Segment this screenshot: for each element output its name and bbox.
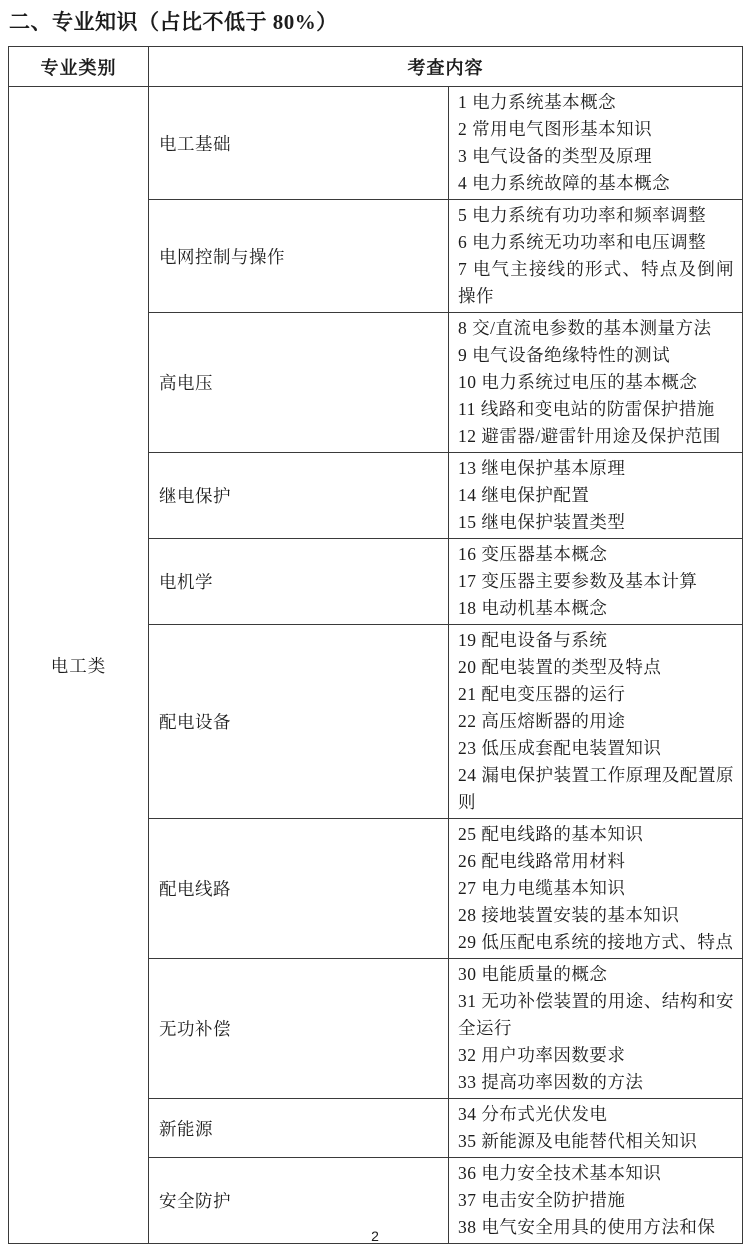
topic-cell: 高电压 xyxy=(149,313,449,453)
exam-item: 24 漏电保护装置工作原理及配置原则 xyxy=(458,762,734,816)
items-cell: 13 继电保护基本原理14 继电保护配置15 继电保护装置类型 xyxy=(449,453,743,539)
exam-item: 16 变压器基本概念 xyxy=(458,541,734,568)
exam-item: 8 交/直流电参数的基本测量方法 xyxy=(458,315,734,342)
exam-item: 30 电能质量的概念 xyxy=(458,961,734,988)
topic-cell: 继电保护 xyxy=(149,453,449,539)
items-cell: 16 变压器基本概念17 变压器主要参数及基本计算18 电动机基本概念 xyxy=(449,539,743,625)
topic-cell: 无功补偿 xyxy=(149,959,449,1099)
topic-cell: 电网控制与操作 xyxy=(149,200,449,313)
exam-item: 3 电气设备的类型及原理 xyxy=(458,143,734,170)
exam-item: 28 接地装置安装的基本知识 xyxy=(458,902,734,929)
exam-item: 21 配电变压器的运行 xyxy=(458,681,734,708)
exam-item: 15 继电保护装置类型 xyxy=(458,509,734,536)
topic-cell: 电工基础 xyxy=(149,87,449,200)
exam-item: 35 新能源及电能替代相关知识 xyxy=(458,1128,734,1155)
exam-item: 31 无功补偿装置的用途、结构和安全运行 xyxy=(458,988,734,1042)
exam-item: 9 电气设备绝缘特性的测试 xyxy=(458,342,734,369)
topic-cell: 新能源 xyxy=(149,1099,449,1158)
header-category-column: 专业类别 xyxy=(9,47,149,87)
exam-item: 36 电力安全技术基本知识 xyxy=(458,1160,734,1187)
topic-cell: 电机学 xyxy=(149,539,449,625)
exam-content-table: 专业类别 考查内容 电工类电工基础1 电力系统基本概念2 常用电气图形基本知识3… xyxy=(8,46,743,1244)
exam-item: 10 电力系统过电压的基本概念 xyxy=(458,369,734,396)
exam-item: 6 电力系统无功功率和电压调整 xyxy=(458,229,734,256)
exam-item: 17 变压器主要参数及基本计算 xyxy=(458,568,734,595)
exam-item: 2 常用电气图形基本知识 xyxy=(458,116,734,143)
items-cell: 1 电力系统基本概念2 常用电气图形基本知识3 电气设备的类型及原理4 电力系统… xyxy=(449,87,743,200)
items-cell: 34 分布式光伏发电35 新能源及电能替代相关知识 xyxy=(449,1099,743,1158)
exam-item: 27 电力电缆基本知识 xyxy=(458,875,734,902)
items-cell: 5 电力系统有功功率和频率调整6 电力系统无功功率和电压调整7 电气主接线的形式… xyxy=(449,200,743,313)
exam-item: 5 电力系统有功功率和频率调整 xyxy=(458,202,734,229)
exam-item: 11 线路和变电站的防雷保护措施 xyxy=(458,396,734,423)
exam-item: 29 低压配电系统的接地方式、特点 xyxy=(458,929,734,956)
exam-item: 7 电气主接线的形式、特点及倒闸操作 xyxy=(458,256,734,310)
exam-item: 19 配电设备与系统 xyxy=(458,627,734,654)
exam-item: 32 用户功率因数要求 xyxy=(458,1042,734,1069)
exam-item: 1 电力系统基本概念 xyxy=(458,89,734,116)
topic-cell: 配电线路 xyxy=(149,819,449,959)
page-number: 2 xyxy=(0,1228,750,1244)
header-content-column: 考查内容 xyxy=(149,47,743,87)
items-cell: 25 配电线路的基本知识26 配电线路常用材料27 电力电缆基本知识28 接地装… xyxy=(449,819,743,959)
exam-item: 34 分布式光伏发电 xyxy=(458,1101,734,1128)
items-cell: 8 交/直流电参数的基本测量方法9 电气设备绝缘特性的测试10 电力系统过电压的… xyxy=(449,313,743,453)
exam-item: 26 配电线路常用材料 xyxy=(458,848,734,875)
items-cell: 30 电能质量的概念31 无功补偿装置的用途、结构和安全运行32 用户功率因数要… xyxy=(449,959,743,1099)
exam-item: 37 电击安全防护措施 xyxy=(458,1187,734,1214)
category-cell: 电工类 xyxy=(9,87,149,1244)
items-cell: 19 配电设备与系统20 配电装置的类型及特点21 配电变压器的运行22 高压熔… xyxy=(449,625,743,819)
exam-item: 14 继电保护配置 xyxy=(458,482,734,509)
exam-item: 4 电力系统故障的基本概念 xyxy=(458,170,734,197)
exam-item: 22 高压熔断器的用途 xyxy=(458,708,734,735)
exam-item: 18 电动机基本概念 xyxy=(458,595,734,622)
exam-item: 25 配电线路的基本知识 xyxy=(458,821,734,848)
exam-item: 23 低压成套配电装置知识 xyxy=(458,735,734,762)
topic-cell: 配电设备 xyxy=(149,625,449,819)
exam-item: 12 避雷器/避雷针用途及保护范围 xyxy=(458,423,734,450)
exam-item: 20 配电装置的类型及特点 xyxy=(458,654,734,681)
page-title: 二、专业知识（占比不低于 80%） xyxy=(0,0,750,36)
table-header-row: 专业类别 考查内容 xyxy=(9,47,743,87)
exam-item: 33 提高功率因数的方法 xyxy=(458,1069,734,1096)
table-row: 电工类电工基础1 电力系统基本概念2 常用电气图形基本知识3 电气设备的类型及原… xyxy=(9,87,743,200)
exam-item: 13 继电保护基本原理 xyxy=(458,455,734,482)
document-page: 二、专业知识（占比不低于 80%） 专业类别 考查内容 电工类电工基础1 电力系… xyxy=(0,0,750,1246)
